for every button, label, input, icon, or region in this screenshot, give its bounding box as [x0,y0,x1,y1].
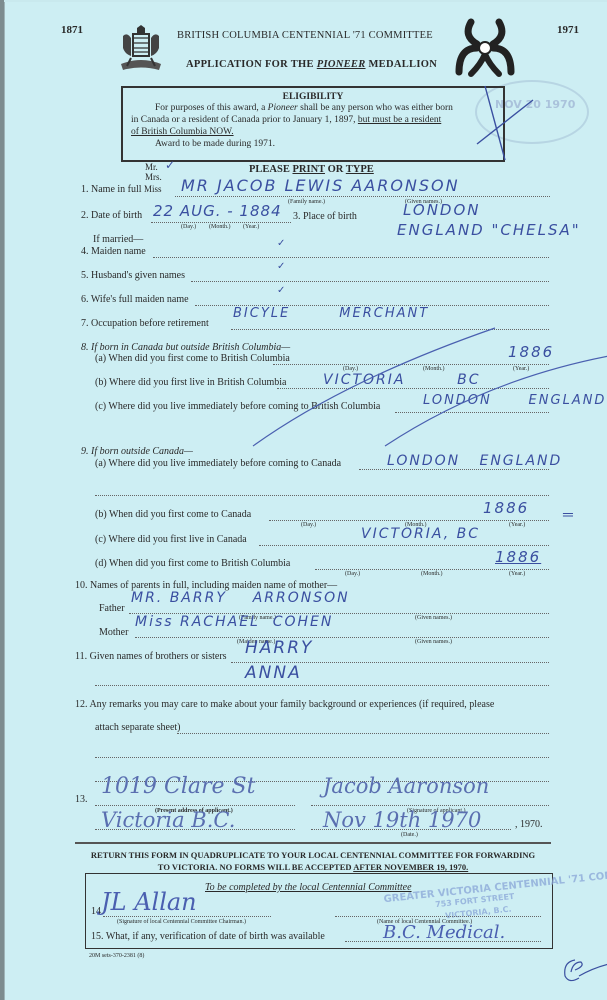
q13-address-line2[interactable]: Victoria B.C. [101,808,235,832]
eligibility-text-1: For purposes of this award, a Pioneer sh… [131,102,495,114]
q14-chairman-signature-field[interactable]: JL Allan [101,888,197,916]
q9d-sub-month: (Month.) [421,571,443,577]
q3-label: 3. Place of birth [293,211,357,222]
pen-check-mark [475,84,545,164]
q13-address-field[interactable]: 1019 Clare St [101,774,255,799]
q5-label: 5. Husband's given names [81,270,185,281]
q9d-label: (d) When did you first come to British C… [95,558,290,569]
q2-label: 2. Date of birth [81,210,142,221]
q13-date-field[interactable]: Nov 19th 1970 [323,808,481,832]
q15-verification-field[interactable]: B.C. Medical. [383,922,505,943]
q9b-sub-year: (Year.) [509,522,525,528]
eligibility-text-4: Award to be made during 1971. [131,138,495,150]
q9c-label: (c) Where did you first live in Canada [95,534,247,545]
q12-label: 12. Any remarks you may care to make abo… [75,699,494,710]
application-form: 1871 1971 BRITISH COLUMBIA CENTENNIAL '7… [4,2,607,1000]
title-mr-check: ✓ [165,158,177,172]
if-married-label: If married— [93,234,143,245]
eligibility-box: ELIGIBILITY For purposes of this award, … [121,86,505,162]
year-left: 1871 [61,24,83,36]
q13-label: 13. [75,794,88,805]
mother-label: Mother [99,627,128,638]
q3-place-of-birth-line2[interactable]: ENGLAND "CHELSA" [397,221,581,239]
title-mrs: Mrs. [145,172,162,182]
centennial-dogwood-logo-icon [455,18,515,80]
q11-label: 11. Given names of brothers or sisters [75,651,227,662]
title-mr: Mr. [145,162,158,172]
q7-occupation-field[interactable]: BICYLE MERCHANT [233,306,429,321]
q11-sibling-2-field[interactable]: ANNA [245,663,302,683]
year-right: 1971 [557,24,579,36]
q6-wife-maiden-field[interactable]: ✓ [277,285,287,296]
q6-label: 6. Wife's full maiden name [81,294,189,305]
q4-label: 4. Maiden name [81,246,146,257]
q15-label: 15. What, if any, verification of date o… [91,931,325,942]
q1-sub-family: (Family name.) [288,199,325,205]
q3-place-of-birth-field[interactable]: LONDON [403,201,481,219]
q12-remarks-field[interactable] [95,757,549,758]
q4-maiden-name-field[interactable]: ✓ [277,238,287,249]
bc-coat-of-arms-icon [117,24,165,76]
q13-sub-date: (Date.) [401,832,418,838]
form-code: 20M sets-370-2381 (8) [89,953,144,959]
eligibility-heading: ELIGIBILITY [123,92,503,102]
q9b-year-field[interactable]: 1886 [483,499,529,517]
pen-circle-mark [561,946,607,986]
q13-year-suffix: , 1970. [515,819,543,830]
q9b-label: (b) When did you first come to Canada [95,509,251,520]
committee-heading: To be completed by the local Centennial … [205,882,412,893]
q9d-year-field[interactable]: 1886 [495,548,541,566]
q9d-sub-year: (Year.) [509,571,525,577]
form-title: APPLICATION FOR THE PIONEER MEDALLION [186,59,437,70]
q14-sub-signature: (Signature of local Centennial Committee… [117,919,246,925]
q2-sub-day: (Day.) [181,224,196,230]
print-instruction: PLEASE PRINT OR TYPE [249,164,374,175]
father-sub-given: (Given names.) [415,615,452,621]
father-name-field[interactable]: MR. BARRY ARRONSON [131,590,350,606]
q5-husband-names-field[interactable]: ✓ [277,261,287,272]
q2-sub-year: (Year.) [243,224,259,230]
mother-sub-given: (Given names.) [415,639,452,645]
eligibility-text-3: of British Columbia NOW. [131,126,495,138]
q2-date-of-birth-field[interactable]: 22 AUG. - 1884 [153,202,282,220]
father-label: Father [99,603,125,614]
q9b-sub-day: (Day.) [301,522,316,528]
q9a-place-field[interactable]: LONDON ENGLAND [387,453,562,469]
q9c-place-field[interactable]: VICTORIA, BC [361,526,480,542]
return-notice: RETURN THIS FORM IN QUADRUPLICATE TO YOU… [75,849,551,873]
q1-label: 1. Name in full Miss [81,184,162,195]
q8-strike-lines [225,320,607,448]
divider [75,842,551,844]
q11-sibling-1-field[interactable]: HARRY [245,638,313,658]
q9-label: 9. If born outside Canada— [81,446,193,457]
q9b-dash-mark: ═ [563,508,573,524]
q7-label: 7. Occupation before retirement [81,318,209,329]
q2-sub-month: (Month.) [209,224,231,230]
q12-label-2: attach separate sheet) [95,722,181,733]
q9a-label: (a) Where did you live immediately befor… [95,458,341,469]
eligibility-text-2: in Canada or a resident of Canada prior … [131,114,495,126]
committee-name: BRITISH COLUMBIA CENTENNIAL '71 COMMITTE… [177,30,433,41]
q13-signature-field[interactable]: Jacob Aaronson [323,774,489,798]
q9d-sub-day: (Day.) [345,571,360,577]
q1-full-name-field[interactable]: MR JACOB LEWIS AARONSON [181,176,460,195]
mother-name-field[interactable]: Miss RACHAEL COHEN [135,614,333,630]
